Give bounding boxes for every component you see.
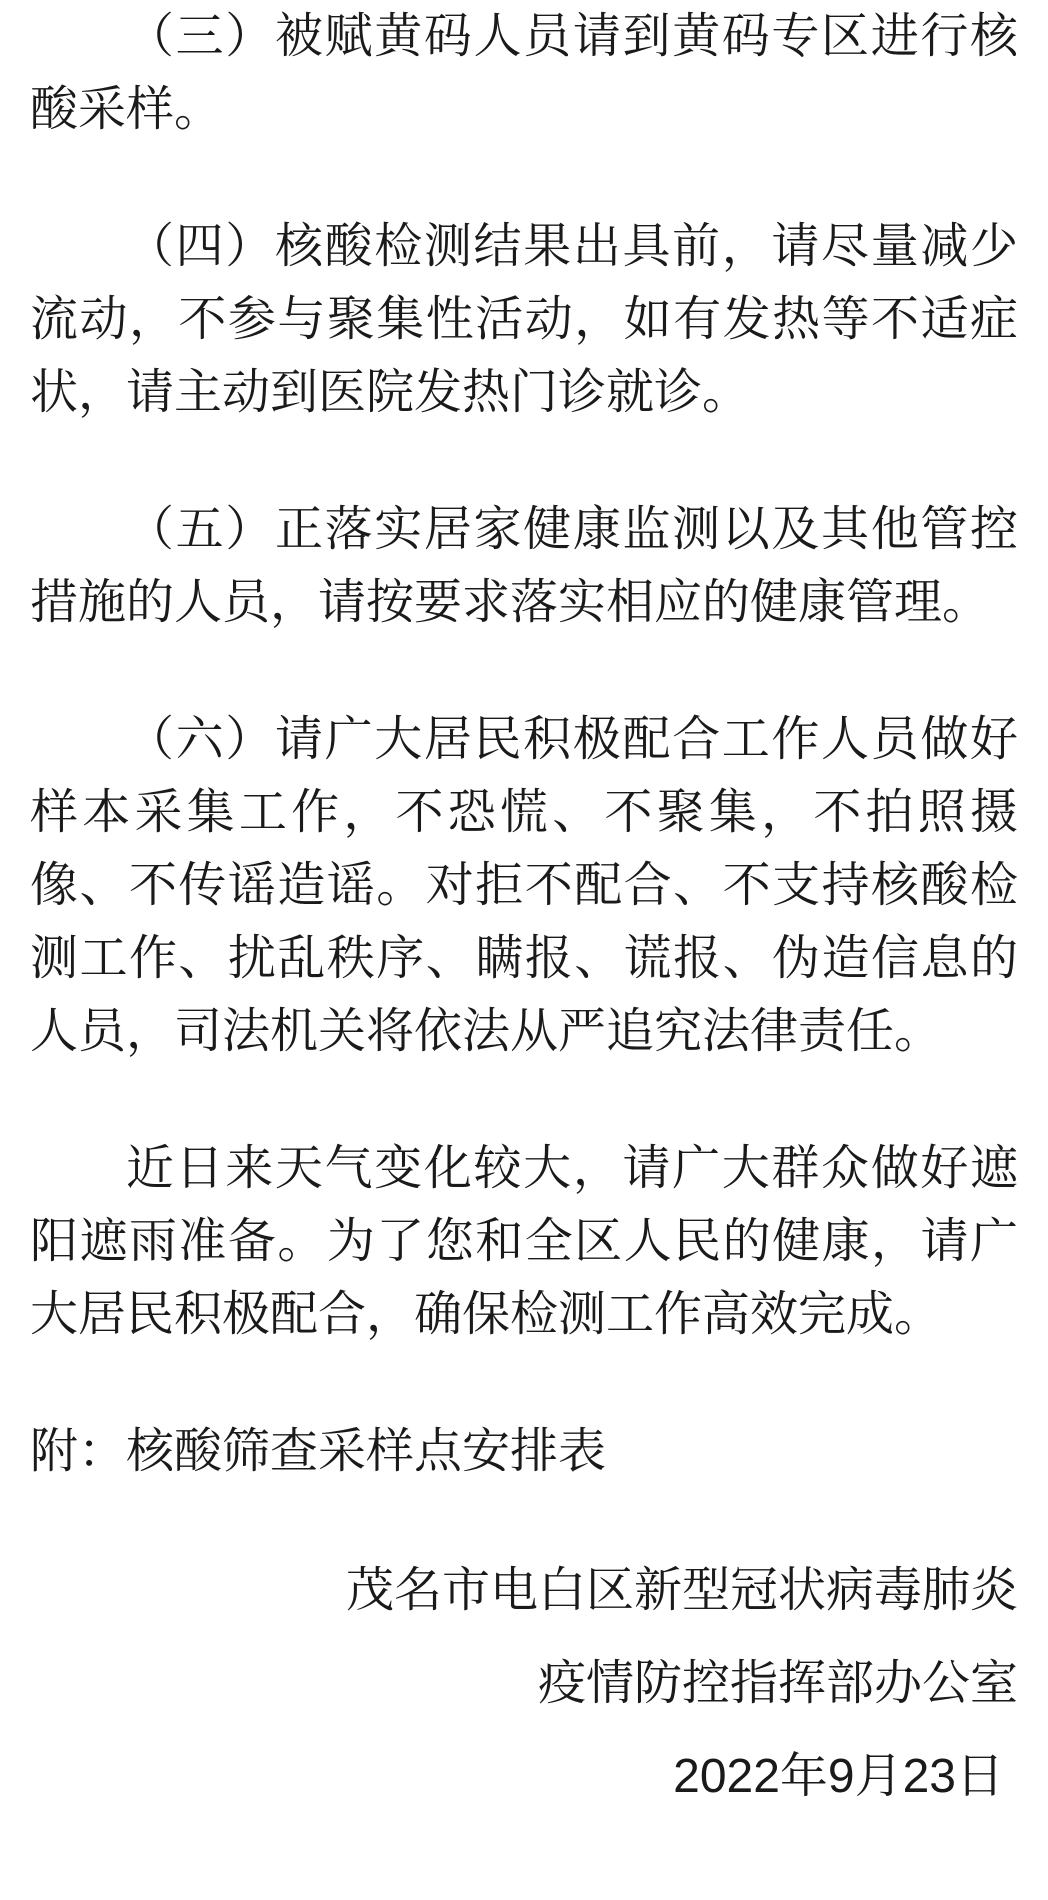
paragraph-item-6: （六）请广大居民积极配合工作人员做好样本采集工作，不恐慌、不聚集，不拍照摄像、不… [30,703,1018,1068]
notice-document: （三）被赋黄码人员请到黄码专区进行核酸采样。 （四）核酸检测结果出具前，请尽量减… [0,0,1048,1900]
attachment-note: 附：核酸筛查采样点安排表 [30,1415,1018,1488]
paragraph-closing: 近日来天气变化较大，请广大群众做好遮阳遮雨准备。为了您和全区人民的健康，请广大居… [30,1132,1018,1351]
paragraph-item-5: （五）正落实居家健康监测以及其他管控措施的人员，请按要求落实相应的健康管理。 [30,493,1018,639]
paragraph-item-3: （三）被赋黄码人员请到黄码专区进行核酸采样。 [30,0,1018,146]
signature-block: 茂名市电白区新型冠状病毒肺炎 疫情防控指挥部办公室 2022年9月23日 [30,1554,1018,1813]
signature-org-line1: 茂名市电白区新型冠状病毒肺炎 [30,1554,1018,1627]
signature-org-line2: 疫情防控指挥部办公室 [30,1647,1018,1720]
paragraph-item-4: （四）核酸检测结果出具前，请尽量减少流动，不参与聚集性活动，如有发热等不适症状，… [30,210,1018,429]
signature-date: 2022年9月23日 [30,1740,1004,1813]
